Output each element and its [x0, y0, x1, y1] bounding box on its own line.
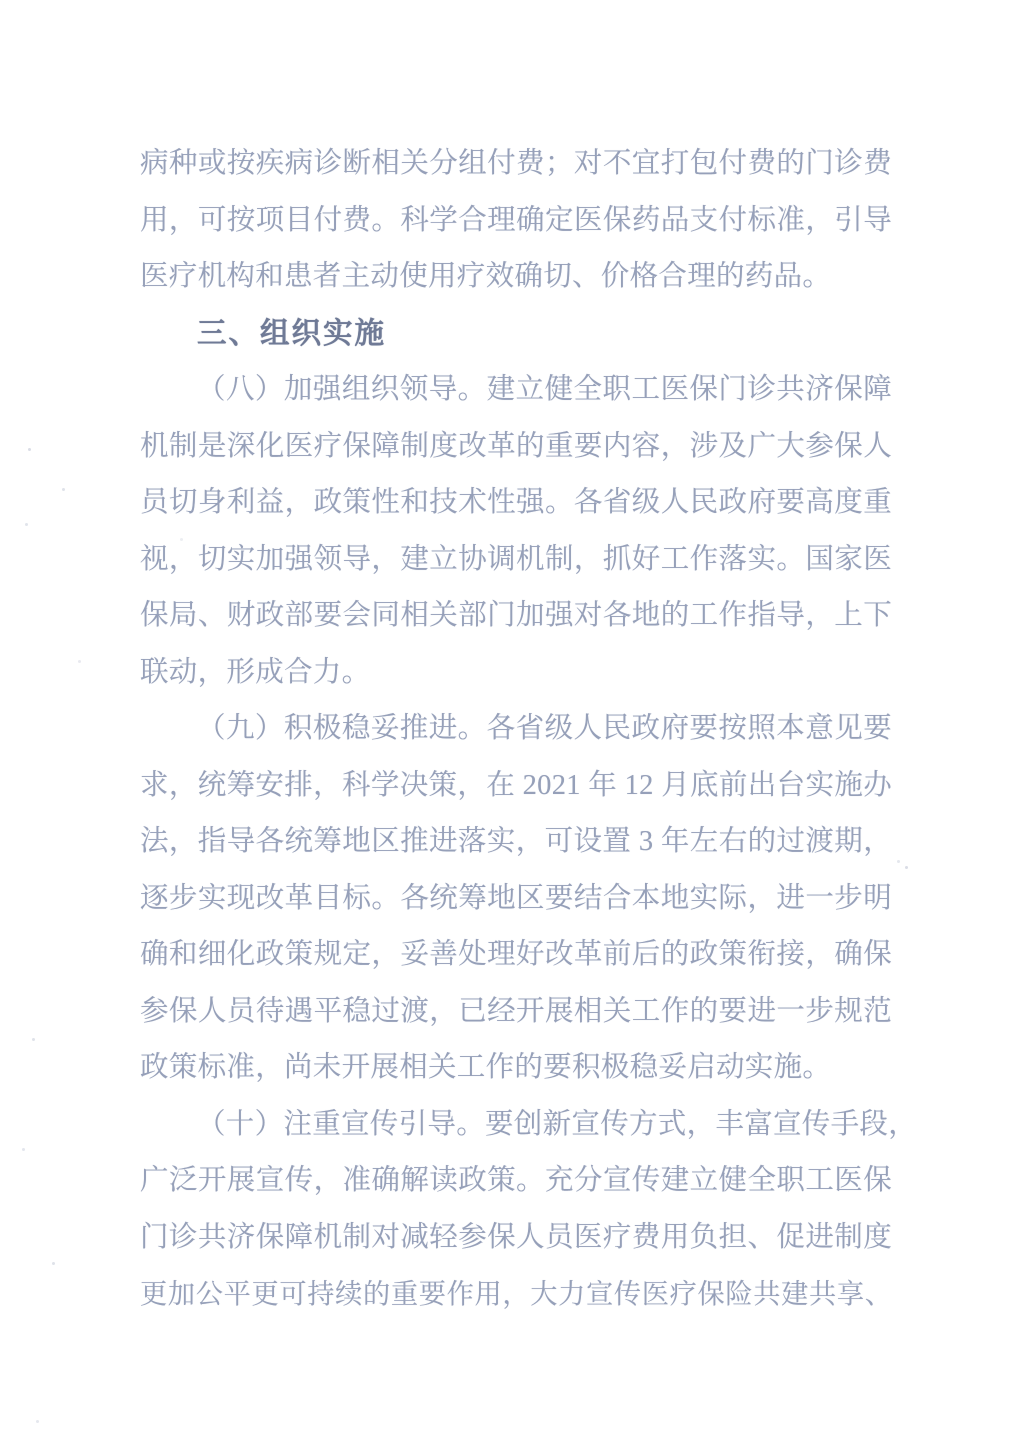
text-line: 病种或按疾病诊断相关分组付费；对不宜打包付费的门诊费	[140, 136, 892, 193]
text-line: 确和细化政策规定，妥善处理好改革前后的政策衔接，确保	[140, 927, 892, 984]
scan-noise-specks	[28, 448, 31, 451]
text-line: 更加公平更可持续的重要作用，大力宣传医疗保险共建共享、	[140, 1266, 892, 1323]
text-line: 医疗机构和患者主动使用疗效确切、价格合理的药品。	[140, 249, 892, 306]
text-line: 广泛开展宣传，准确解读政策。充分宣传建立健全职工医保	[140, 1153, 892, 1210]
text-line: （十）注重宣传引导。要创新宣传方式，丰富宣传手段，	[140, 1097, 892, 1154]
section-heading: 三、组织实施	[140, 306, 892, 363]
text-line: 求，统筹安排，科学决策，在 2021 年 12 月底前出台实施办	[140, 758, 892, 815]
text-line: 逐步实现改革目标。各统筹地区要结合本地实际，进一步明	[140, 871, 892, 928]
text-line: 员切身利益，政策性和技术性强。各省级人民政府要高度重	[140, 475, 892, 532]
text-line: 门诊共济保障机制对减轻参保人员医疗费用负担、促进制度	[140, 1210, 892, 1267]
text-line: 机制是深化医疗保障制度改革的重要内容，涉及广大参保人	[140, 419, 892, 476]
text-line: 保局、财政部要会同相关部门加强对各地的工作指导，上下	[140, 588, 892, 645]
text-line: （九）积极稳妥推进。各省级人民政府要按照本意见要	[140, 701, 892, 758]
text-line: 法，指导各统筹地区推进落实，可设置 3 年左右的过渡期，	[140, 814, 892, 871]
text-line: 视，切实加强领导，建立协调机制，抓好工作落实。国家医	[140, 532, 892, 589]
text-line: 用，可按项目付费。科学合理确定医保药品支付标准，引导	[140, 193, 892, 250]
document-page: 病种或按疾病诊断相关分组付费；对不宜打包付费的门诊费 用，可按项目付费。科学合理…	[0, 0, 1023, 1451]
text-line: 联动，形成合力。	[140, 645, 892, 702]
text-line: （八）加强组织领导。建立健全职工医保门诊共济保障	[140, 362, 892, 419]
text-line: 参保人员待遇平稳过渡，已经开展相关工作的要进一步规范	[140, 984, 892, 1041]
text-line: 政策标准，尚未开展相关工作的要积极稳妥启动实施。	[140, 1040, 892, 1097]
document-text-block: 病种或按疾病诊断相关分组付费；对不宜打包付费的门诊费 用，可按项目付费。科学合理…	[140, 136, 892, 1323]
